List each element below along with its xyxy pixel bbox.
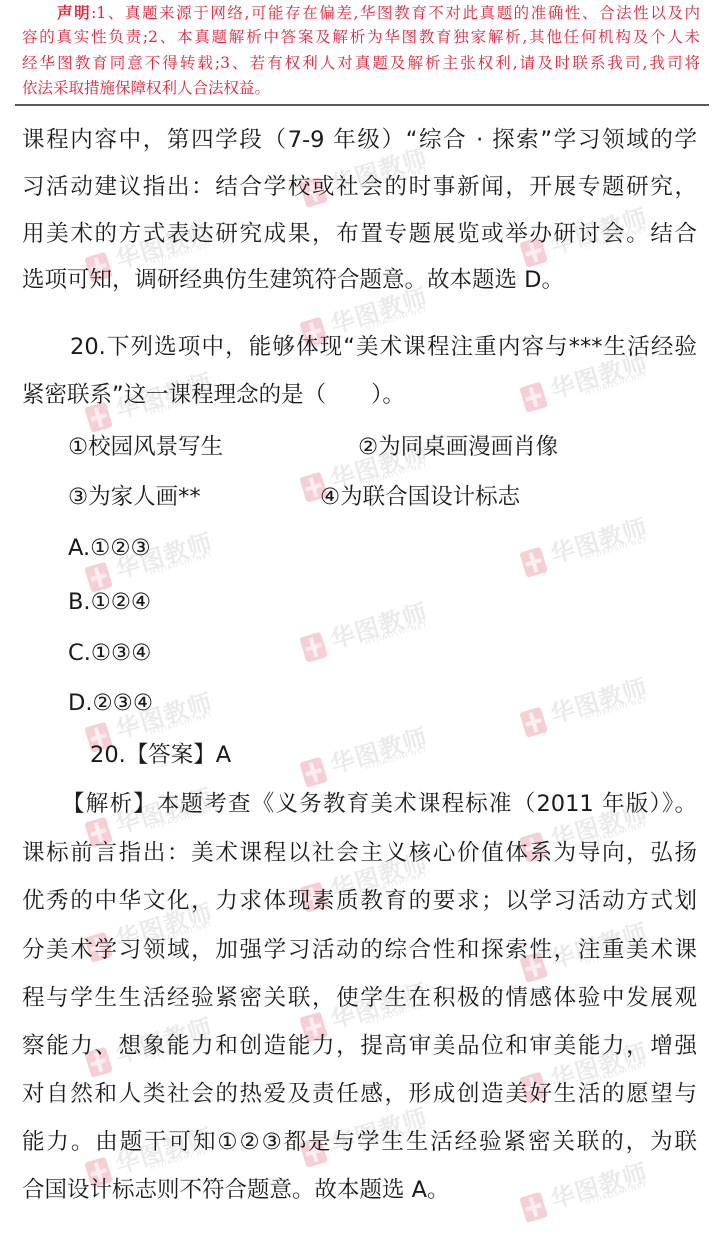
analysis-line: 对自然和人类社会的热爱及责任感，形成创造美好生活的愿望与	[22, 1079, 697, 1109]
huatu-logo-icon	[519, 1192, 548, 1223]
watermark: 华图教师HTJIAOSHI.NET	[516, 661, 665, 750]
question-item-2: ②为同桌画漫画肖像	[358, 432, 558, 462]
watermark: 华图教师HTJIAOSHI.NET	[516, 1146, 665, 1235]
document-page: 华图教师HTJIAOSHI.NET 华图教师HTJIAOSHI.NET 华图教师…	[0, 0, 720, 1241]
huatu-logo-icon	[299, 632, 328, 663]
huatu-logo-icon	[519, 382, 548, 413]
huatu-logo-icon	[519, 707, 548, 738]
analysis-line: 程与学生生活经验紧密关联，使学生在积极的情感体验中发展观	[22, 983, 697, 1013]
watermark: 华图教师HTJIAOSHI.NET	[516, 501, 665, 590]
watermark: 华图教师HTJIAOSHI.NET	[296, 711, 445, 800]
analysis-line: 分美术学习领域，加强学习活动的综合性和探索性，注重美术课	[22, 935, 697, 965]
question-stem: 20.下列选项中，能够体现“美术课程注重内容与***生活经验	[70, 332, 697, 362]
analysis-line: 课标前言指出：美术课程以社会主义核心价值体系为导向，弘扬	[22, 838, 697, 868]
disclaimer-line: 经华图教育同意不得转载;3、若有权利人对真题及解析主张权利,请及时联系我司,我司…	[22, 51, 700, 76]
disclaimer-line: 依法采取措施保障权利人合法权益。	[22, 76, 700, 101]
huatu-logo-icon	[519, 547, 548, 578]
explanation-line: 课程内容中，第四学段（7-9 年级）“综合 · 探索”学习领域的学	[22, 125, 697, 155]
huatu-logo-icon	[299, 757, 328, 788]
question-item-4: ④为联合国设计标志	[320, 482, 520, 512]
header-divider	[15, 104, 709, 106]
question-item-1: ①校园风景写生	[68, 432, 223, 462]
question-stem: 紧密联系”这一课程理念的是（ ）。	[22, 380, 405, 410]
disclaimer-label: 声明	[57, 3, 91, 22]
analysis-line: 能力。由题干可知①②③都是与学生生活经验紧密关联的，为联	[22, 1127, 697, 1157]
choice-a: A.①②③	[68, 533, 151, 563]
disclaimer-line: 声明:1、真题来源于网络,可能存在偏差,华图教育不对此真题的准确性、合法性以及内	[22, 0, 700, 25]
analysis-line: 察能力、想象能力和创造能力，提高审美品位和审美能力，增强	[22, 1031, 697, 1061]
explanation-line: 用美术的方式表达研究成果，布置专题展览或举办研讨会。结合	[22, 219, 697, 249]
analysis-line: 合国设计标志则不符合题意。故本题选 A。	[22, 1175, 450, 1205]
answer-label: 20.【答案】A	[90, 740, 231, 770]
analysis-line: 优秀的中华文化，力求体现素质教育的要求；以学习活动方式划	[22, 886, 697, 916]
explanation-line: 选项可知，调研经典仿生建筑符合题意。故本题选 D。	[22, 265, 564, 295]
choice-b: B.①②④	[68, 587, 151, 617]
choice-c: C.①③④	[68, 638, 151, 668]
analysis-line: 【解析】本题考查《义务教育美术课程标准（2011 年版）》。	[62, 789, 697, 819]
question-item-3: ③为家人画**	[68, 482, 201, 512]
disclaimer-line: 容的真实性负责;2、本真题解析中答案及解析为华图教育独家解析,其他任何机构及个人…	[22, 25, 700, 50]
watermark: 华图教师HTJIAOSHI.NET	[296, 586, 445, 675]
explanation-line: 习活动建议指出：结合学校或社会的时事新闻，开展专题研究，	[22, 172, 697, 202]
choice-d: D.②③④	[68, 688, 153, 718]
disclaimer: 声明:1、真题来源于网络,可能存在偏差,华图教育不对此真题的准确性、合法性以及内…	[22, 0, 700, 101]
